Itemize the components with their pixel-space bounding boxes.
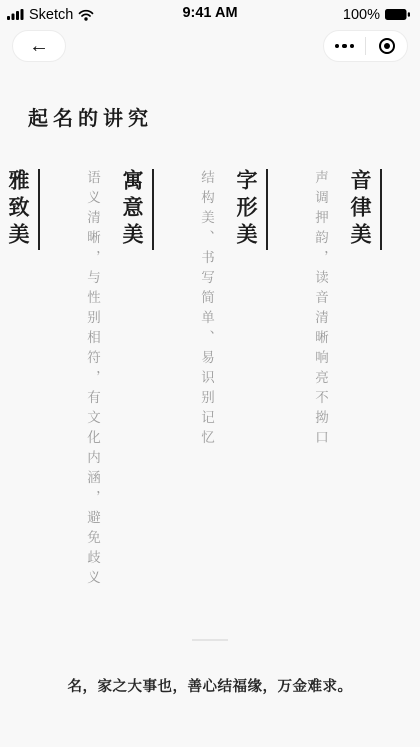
page-title: 起名的讲究	[28, 102, 420, 131]
section-yuyi: 寓意美 语义清晰，与性别相符，有文化内涵，避免歧义	[82, 169, 154, 589]
signal-strength-icon	[7, 9, 24, 20]
section-title: 音律美	[345, 169, 382, 250]
status-bar: Sketch 9:41 AM 100%	[0, 0, 420, 24]
miniprogram-capsule	[323, 30, 408, 62]
section-divider	[192, 639, 228, 641]
section-title: 寓意美	[117, 169, 154, 250]
section-yinlv: 音律美 声调押韵，读音清晰响亮不拗口	[310, 169, 382, 589]
more-button[interactable]	[324, 31, 365, 61]
section-body: 语义清晰，与性别相符，有文化内涵，避免歧义	[82, 169, 102, 590]
capsule-exit-icon	[379, 38, 395, 54]
battery-icon	[385, 9, 410, 20]
section-zixing: 字形美 结构美、书写简单、易识别记忆	[196, 169, 268, 589]
footer-quote: 名，家之大事也，善心结福缘，万金难求。	[0, 675, 420, 696]
exit-button[interactable]	[366, 31, 407, 61]
section-yazhi: 雅致美 不从众，不落俗套，新颖而不生僻	[0, 169, 40, 589]
section-body: 声调押韵，读音清晰响亮不拗口	[310, 169, 330, 450]
back-arrow-icon: ←	[29, 36, 49, 56]
more-dots-icon	[335, 44, 355, 49]
section-title: 雅致美	[3, 169, 40, 250]
sections-container: 音律美 声调押韵，读音清晰响亮不拗口 字形美 结构美、书写简单、易识别记忆 寓意…	[0, 169, 420, 589]
wifi-icon	[78, 9, 94, 21]
carrier-label: Sketch	[29, 7, 73, 23]
section-body: 结构美、书写简单、易识别记忆	[196, 169, 216, 450]
section-title: 字形美	[231, 169, 268, 250]
nav-bar: ←	[0, 24, 420, 68]
back-button[interactable]: ←	[12, 30, 66, 62]
battery-percent-label: 100%	[343, 7, 380, 23]
